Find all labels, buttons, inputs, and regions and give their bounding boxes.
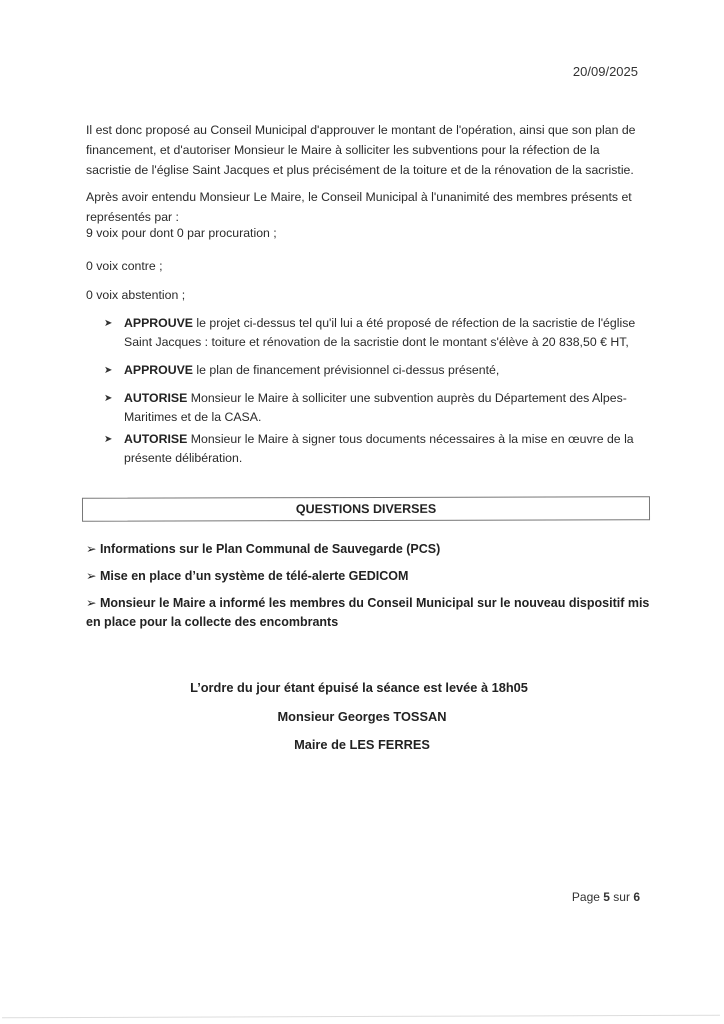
page-current: 5 [603,890,610,904]
decision-item: ➤ AUTORISE Monsieur le Maire à sollicite… [104,389,649,427]
arrow-bullet-icon: ➤ [104,430,112,449]
arrow-bullet-icon: ➤ [104,314,112,333]
page-number: Page 5 sur 6 [572,890,640,904]
decision-item: ➤ APPROUVE le projet ci-dessus tel qu'il… [104,314,649,352]
decision-text: Monsieur le Maire à solliciter une subve… [124,391,627,424]
page-total: 6 [633,890,640,904]
vote-abstention: 0 voix abstention ; [86,288,185,302]
paragraph-proposal: Il est donc proposé au Conseil Municipal… [86,120,646,180]
vote-contre: 0 voix contre ; [86,259,163,273]
decision-item: ➤ AUTORISE Monsieur le Maire à signer to… [104,430,649,468]
closing-statement: L’ordre du jour étant épuisé la séance e… [0,680,721,695]
page-separator: sur [610,890,633,904]
question-item: ➢ Informations sur le Plan Communal de S… [86,540,656,559]
paragraph-council-decision: Après avoir entendu Monsieur Le Maire, l… [86,187,646,227]
decision-text: le projet ci-dessus tel qu'il lui a été … [124,316,635,349]
arrow-bullet-icon: ➤ [104,361,112,380]
decision-list: ➤ APPROUVE le projet ci-dessus tel qu'il… [104,314,649,468]
page-prefix: Page [572,890,603,904]
decision-verb: APPROUVE [124,316,193,330]
scan-edge-divider [2,1015,720,1019]
vote-pour: 9 voix pour dont 0 par procuration ; [86,226,277,240]
decision-verb: APPROUVE [124,363,193,377]
question-item: ➢ Monsieur le Maire a informé les membre… [86,594,656,632]
question-item: ➢ Mise en place d’un système de télé-ale… [86,567,656,586]
decision-verb: AUTORISE [124,391,187,405]
section-title-questions-diverses: QUESTIONS DIVERSES [82,496,650,521]
decision-text: Monsieur le Maire à signer tous document… [124,432,634,465]
signatory-role: Maire de LES FERRES [0,737,724,752]
arrow-bullet-icon: ➤ [104,389,112,408]
decision-verb: AUTORISE [124,432,187,446]
signatory-name: Monsieur Georges TOSSAN [0,709,724,724]
document-date: 20/09/2025 [573,64,638,79]
decision-text: le plan de financement prévisionnel ci-d… [193,363,499,377]
decision-item: ➤ APPROUVE le plan de financement prévis… [104,361,649,380]
